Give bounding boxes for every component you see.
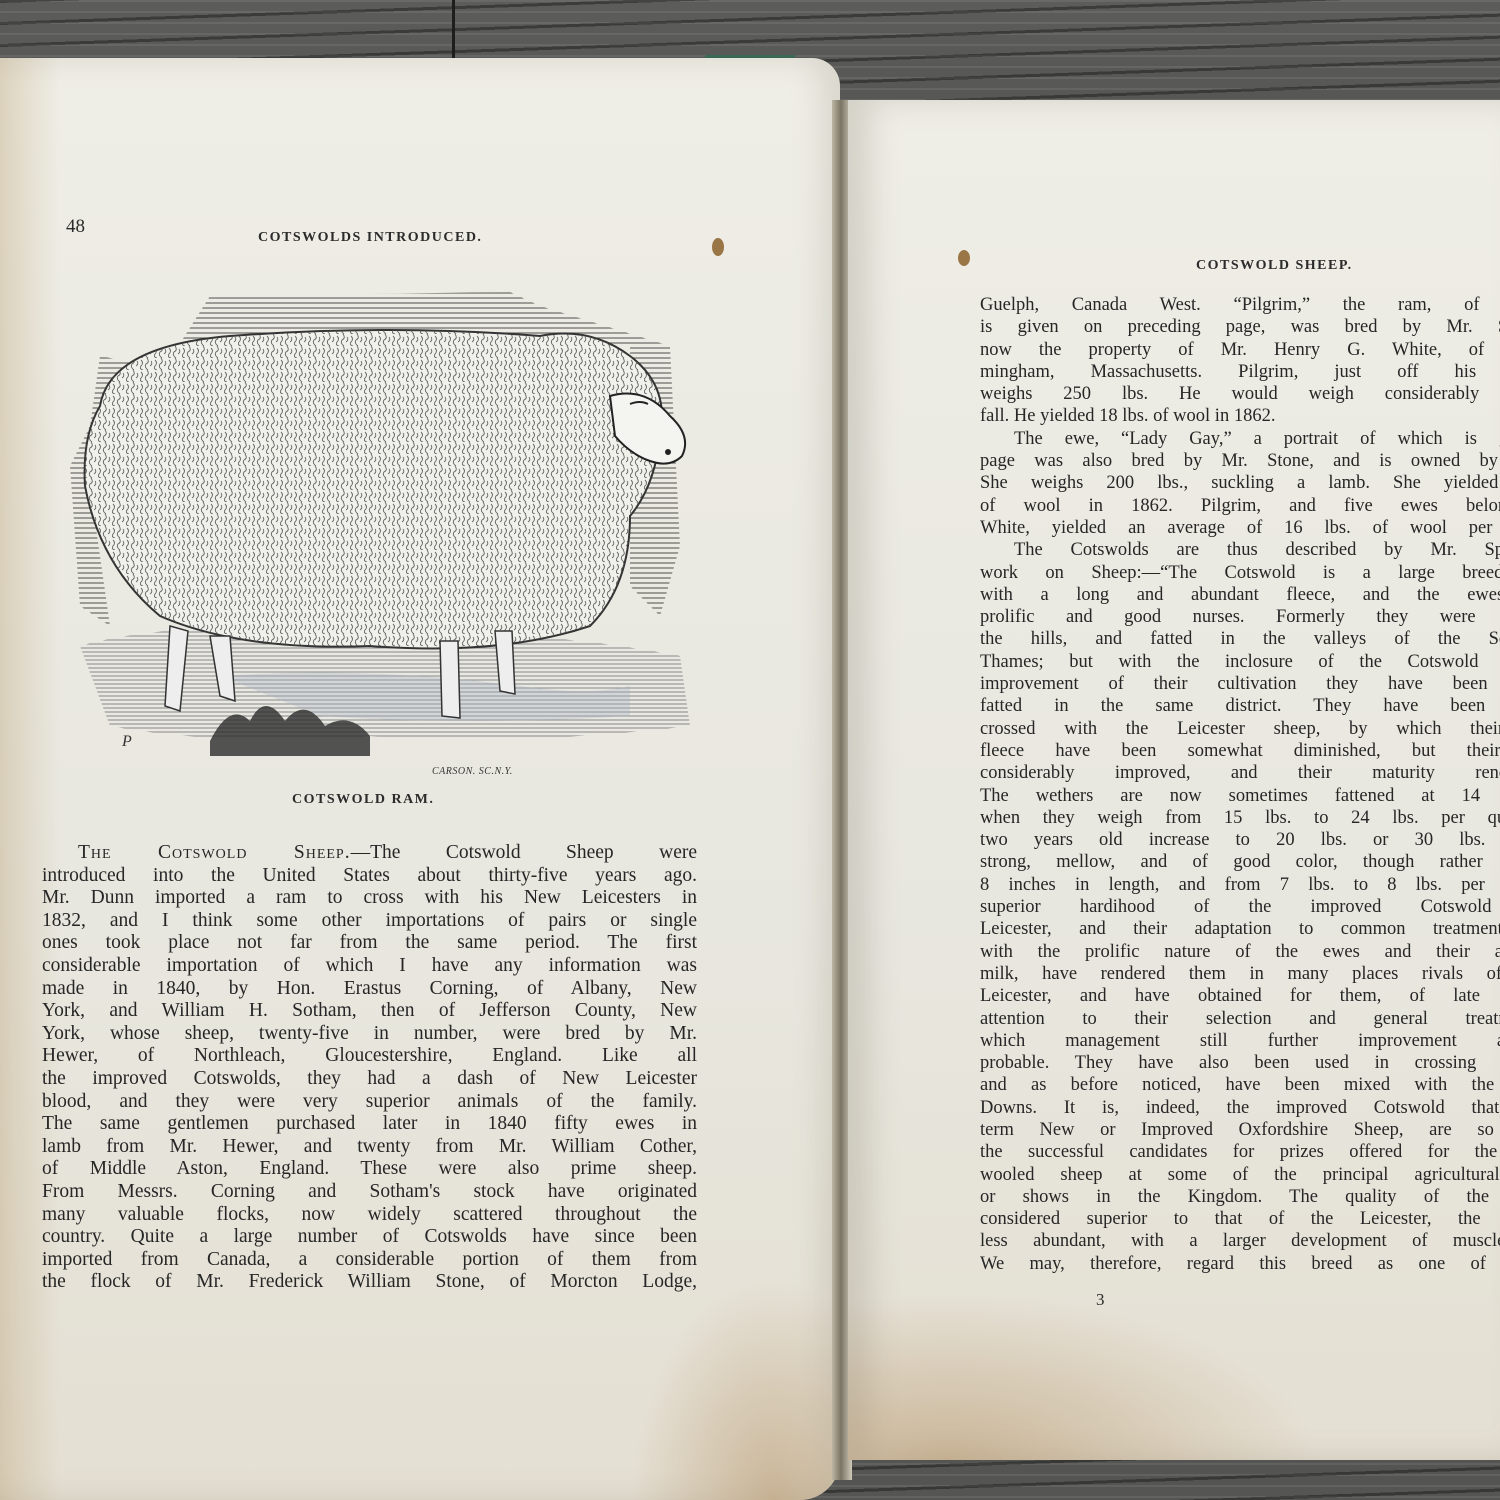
text-line: strong, mellow, and of good color, thoug…: [980, 851, 1500, 873]
signature-mark: 3: [1096, 1290, 1105, 1310]
text-line: the improved Cotswolds, they had a dash …: [42, 1068, 697, 1091]
text-line: with the prolific nature of the ewes and…: [980, 941, 1500, 963]
text-line: considerably improved, and their maturit…: [980, 762, 1500, 784]
text-line: attention to their selection and general…: [980, 1008, 1500, 1030]
text-line: Mr. Dunn imported a ram to cross with hi…: [42, 887, 697, 910]
text-line: many valuable flocks, now widely scatter…: [42, 1204, 697, 1227]
text-line: wooled sheep at some of the principal ag…: [980, 1164, 1500, 1186]
text-line: fatted in the same district. They have b…: [980, 695, 1500, 717]
text-line: ones took place not far from the same pe…: [42, 932, 697, 955]
text-line: considerable importation of which I have…: [42, 955, 697, 978]
text-line: page was also bred by Mr. Stone, and is …: [980, 450, 1500, 472]
text-line: The ewe, “Lady Gay,” a portrait of which…: [980, 428, 1500, 450]
text-line: 8 inches in length, and from 7 lbs. to 8…: [980, 874, 1500, 896]
text-line: Guelph, Canada West. “Pilgrim,” the ram,…: [980, 294, 1500, 316]
text-line: blood, and they were very superior anima…: [42, 1091, 697, 1114]
foxing-spot: [712, 238, 724, 256]
text-line: The wethers are now sometimes fattened a…: [980, 785, 1500, 807]
text-line: improvement of their cultivation they ha…: [980, 673, 1500, 695]
text-line: probable. They have also been used in cr…: [980, 1052, 1500, 1074]
text-line: the flock of Mr. Frederick William Stone…: [42, 1271, 697, 1294]
text-line: or shows in the Kingdom. The quality of …: [980, 1186, 1500, 1208]
text-line: York, and William H. Sotham, then of Jef…: [42, 1000, 697, 1023]
running-head: COTSWOLDS INTRODUCED.: [258, 230, 482, 246]
text-line: crossed with the Leicester sheep, by whi…: [980, 718, 1500, 740]
text-line: imported from Canada, a considerable por…: [42, 1249, 697, 1272]
running-head: COTSWOLD SHEEP.: [1196, 258, 1353, 274]
text-line: term New or Improved Oxfordshire Sheep, …: [980, 1119, 1500, 1141]
text-line: of wool in 1862. Pilgrim, and five ewes …: [980, 495, 1500, 517]
text-line: fleece have been somewhat diminished, bu…: [980, 740, 1500, 762]
text-line: Downs. It is, indeed, the improved Cotsw…: [980, 1097, 1500, 1119]
text-line: prolific and good nurses. Formerly they …: [980, 606, 1500, 628]
text-line: Thames; but with the inclosure of the Co…: [980, 651, 1500, 673]
text-line: which management still further improveme…: [980, 1030, 1500, 1052]
text-line: when they weigh from 15 lbs. to 24 lbs. …: [980, 807, 1500, 829]
text-line: fall. He yielded 18 lbs. of wool in 1862…: [980, 405, 1500, 427]
text-line: is given on preceding page, was bred by …: [980, 316, 1500, 338]
text-line: York, whose sheep, twenty-five in number…: [42, 1023, 697, 1046]
text-line: considered superior to that of the Leice…: [980, 1208, 1500, 1230]
table-plank-seam: [452, 0, 455, 62]
text-line: Leicester, and their adaptation to commo…: [980, 918, 1500, 940]
water-stain: [620, 1260, 840, 1500]
text-line: two years old increase to 20 lbs. or 30 …: [980, 829, 1500, 851]
cotswold-ram-engraving: P: [70, 286, 700, 766]
text-line: We may, therefore, regard this breed as …: [980, 1253, 1500, 1275]
text-line: She weighs 200 lbs., suckling a lamb. Sh…: [980, 472, 1500, 494]
section-heading: The Cotswold Sheep.: [78, 842, 351, 863]
right-page-body-text: Guelph, Canada West. “Pilgrim,” the ram,…: [980, 294, 1500, 1275]
text-line: Hewer, of Northleach, Gloucestershire, E…: [42, 1045, 697, 1068]
text-line: White, yielded an average of 16 lbs. of …: [980, 517, 1500, 539]
foxing-spot: [958, 250, 970, 266]
text-line: and as before noticed, have been mixed w…: [980, 1074, 1500, 1096]
text-line: country. Quite a large number of Cotswol…: [42, 1226, 697, 1249]
figure-caption: COTSWOLD RAM.: [292, 792, 434, 808]
text-line: 1832, and I think some other importation…: [42, 910, 697, 933]
text-line: work on Sheep:—“The Cotswold is a large …: [980, 562, 1500, 584]
text-line: The Cotswolds are thus described by Mr. …: [980, 539, 1500, 561]
text-line: with a long and abundant fleece, and the…: [980, 584, 1500, 606]
text-line: mingham, Massachusetts. Pilgrim, just of…: [980, 361, 1500, 383]
text-line: superior hardihood of the improved Cotsw…: [980, 896, 1500, 918]
text-line: Leicester, and have obtained for them, o…: [980, 985, 1500, 1007]
text-line: now the property of Mr. Henry G. White, …: [980, 339, 1500, 361]
text-line: weighs 250 lbs. He would weigh considera…: [980, 383, 1500, 405]
text-line: made in 1840, by Hon. Erastus Corning, o…: [42, 978, 697, 1001]
text-line: The Cotswold Sheep.—The Cotswold Sheep w…: [42, 842, 697, 865]
text-line: of Middle Aston, England. These were als…: [42, 1158, 697, 1181]
page-number: 48: [66, 216, 85, 238]
text-line: The same gentlemen purchased later in 18…: [42, 1113, 697, 1136]
text-line: milk, have rendered them in many places …: [980, 963, 1500, 985]
text-line: the hills, and fatted in the valleys of …: [980, 628, 1500, 650]
engraver-credit: CARSON. SC.N.Y.: [432, 766, 513, 777]
text-line: introduced into the United States about …: [42, 865, 697, 888]
text-line: less abundant, with a larger development…: [980, 1230, 1500, 1252]
engraver-monogram: P: [121, 733, 132, 750]
text-line: lamb from Mr. Hewer, and twenty from Mr.…: [42, 1136, 697, 1159]
left-page-body-text: The Cotswold Sheep.—The Cotswold Sheep w…: [42, 842, 697, 1294]
text-line: From Messrs. Corning and Sotham's stock …: [42, 1181, 697, 1204]
text-line: the successful candidates for prizes off…: [980, 1141, 1500, 1163]
